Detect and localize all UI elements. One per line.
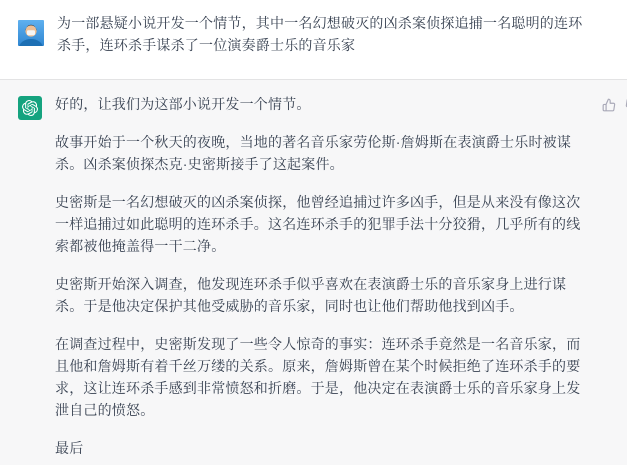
user-avatar-image: [18, 20, 44, 46]
chat-thread: 为一部悬疑小说开发一个情节，其中一名幻想破灭的凶杀案侦探追捕一名聪明的连环杀手，…: [0, 0, 627, 465]
chatgpt-avatar: [18, 96, 42, 120]
assistant-paragraph: 史密斯是一名幻想破灭的凶杀案侦探，他曾经追捕过许多凶手，但是从来没有像这次一样追…: [55, 191, 591, 257]
assistant-paragraph: 在调查过程中，史密斯发现了一些令人惊奇的事实：连环杀手竟然是一名音乐家，而且他和…: [55, 333, 591, 421]
user-message-text: 为一部悬疑小说开发一个情节，其中一名幻想破灭的凶杀案侦探追捕一名聪明的连环杀手，…: [57, 12, 593, 56]
assistant-paragraph: 最后: [55, 437, 591, 459]
assistant-paragraph: 故事开始于一个秋天的夜晚，当地的著名音乐家劳伦斯·詹姆斯在表演爵士乐时被谋杀。凶…: [55, 131, 591, 175]
openai-logo-icon: [22, 100, 38, 116]
message-feedback-actions: [602, 98, 627, 112]
user-message: 为一部悬疑小说开发一个情节，其中一名幻想破灭的凶杀案侦探追捕一名聪明的连环杀手，…: [0, 0, 627, 79]
assistant-paragraph: 好的，让我们为这部小说开发一个情节。: [55, 93, 591, 115]
assistant-message-text: 好的，让我们为这部小说开发一个情节。 故事开始于一个秋天的夜晚，当地的著名音乐家…: [55, 93, 591, 459]
assistant-paragraph: 史密斯开始深入调查，他发现连环杀手似乎喜欢在表演爵士乐的音乐家身上进行谋杀。于是…: [55, 273, 591, 317]
user-avatar: [18, 20, 44, 46]
assistant-message: 好的，让我们为这部小说开发一个情节。 故事开始于一个秋天的夜晚，当地的著名音乐家…: [0, 79, 627, 465]
thumbs-up-icon[interactable]: [602, 98, 616, 112]
